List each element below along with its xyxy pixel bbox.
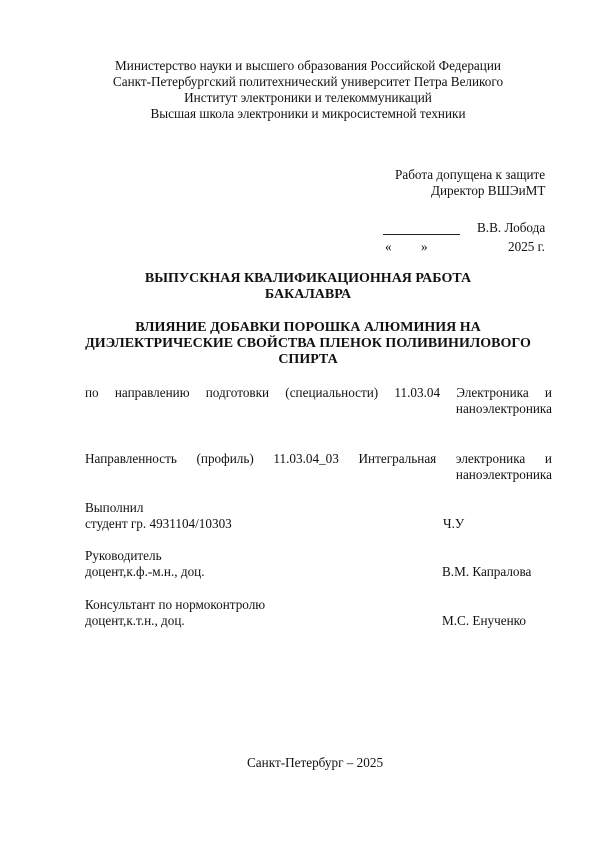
profile-line-1: Направленность (профиль) 11.03.04_03 Инт… bbox=[85, 451, 552, 467]
topic-line-1: ВЛИЯНИЕ ДОБАВКИ ПОРОШКА АЛЮМИНИЯ НА bbox=[0, 320, 595, 336]
institute-line: Институт электроники и телекоммуникаций bbox=[0, 90, 595, 106]
document-page: Министерство науки и высшего образования… bbox=[0, 0, 595, 842]
director-position-text: Директор ВШЭиМТ bbox=[431, 183, 545, 199]
topic-line-2: ДИЭЛЕКТРИЧЕСКИЕ СВОЙСТВА ПЛЕНОК ПОЛИВИНИ… bbox=[0, 336, 595, 352]
admitted-to-defense-text: Работа допущена к защите bbox=[395, 167, 545, 183]
direction-line-1: по направлению подготовки (специальности… bbox=[85, 385, 552, 401]
topic-line-3: СПИРТА bbox=[0, 352, 595, 368]
signatory-detail: доцент,к.т.н., доц. bbox=[85, 613, 185, 629]
signatory-role: Руководитель bbox=[85, 548, 162, 564]
direction-line-2: наноэлектроника bbox=[85, 401, 552, 417]
date-open-quote: « bbox=[385, 239, 392, 255]
university-line: Санкт-Петербургский политехнический унив… bbox=[0, 74, 595, 90]
ministry-line: Министерство науки и высшего образования… bbox=[0, 58, 595, 74]
signatory-name: В.М. Капралова bbox=[442, 564, 531, 580]
organization-header: Министерство науки и высшего образования… bbox=[0, 58, 595, 122]
signatory-name: М.С. Енученко bbox=[442, 613, 526, 629]
work-type-line-2: БАКАЛАВРА bbox=[0, 287, 595, 303]
director-name: В.В. Лобода bbox=[477, 220, 545, 236]
school-line: Высшая школа электроники и микросистемно… bbox=[0, 106, 595, 122]
date-close-quote: » bbox=[421, 239, 428, 255]
signatory-role: Консультант по нормоконтролю bbox=[85, 597, 265, 613]
signatory-detail: доцент,к.ф.-м.н., доц. bbox=[85, 564, 205, 580]
city-year-footer: Санкт-Петербург – 2025 bbox=[247, 755, 383, 771]
approval-year: 2025 г. bbox=[508, 239, 545, 255]
work-type-line-1: ВЫПУСКНАЯ КВАЛИФИКАЦИОННАЯ РАБОТА bbox=[0, 271, 595, 287]
thesis-topic: ВЛИЯНИЕ ДОБАВКИ ПОРОШКА АЛЮМИНИЯ НА ДИЭЛ… bbox=[0, 320, 595, 368]
signatory-name: Ч.У bbox=[443, 516, 464, 532]
work-type-title: ВЫПУСКНАЯ КВАЛИФИКАЦИОННАЯ РАБОТА БАКАЛА… bbox=[0, 271, 595, 303]
signatory-role: Выполнил bbox=[85, 500, 143, 516]
signature-line bbox=[383, 234, 460, 235]
signatory-detail: студент гр. 4931104/10303 bbox=[85, 516, 232, 532]
profile-line-2: наноэлектроника bbox=[85, 467, 552, 483]
